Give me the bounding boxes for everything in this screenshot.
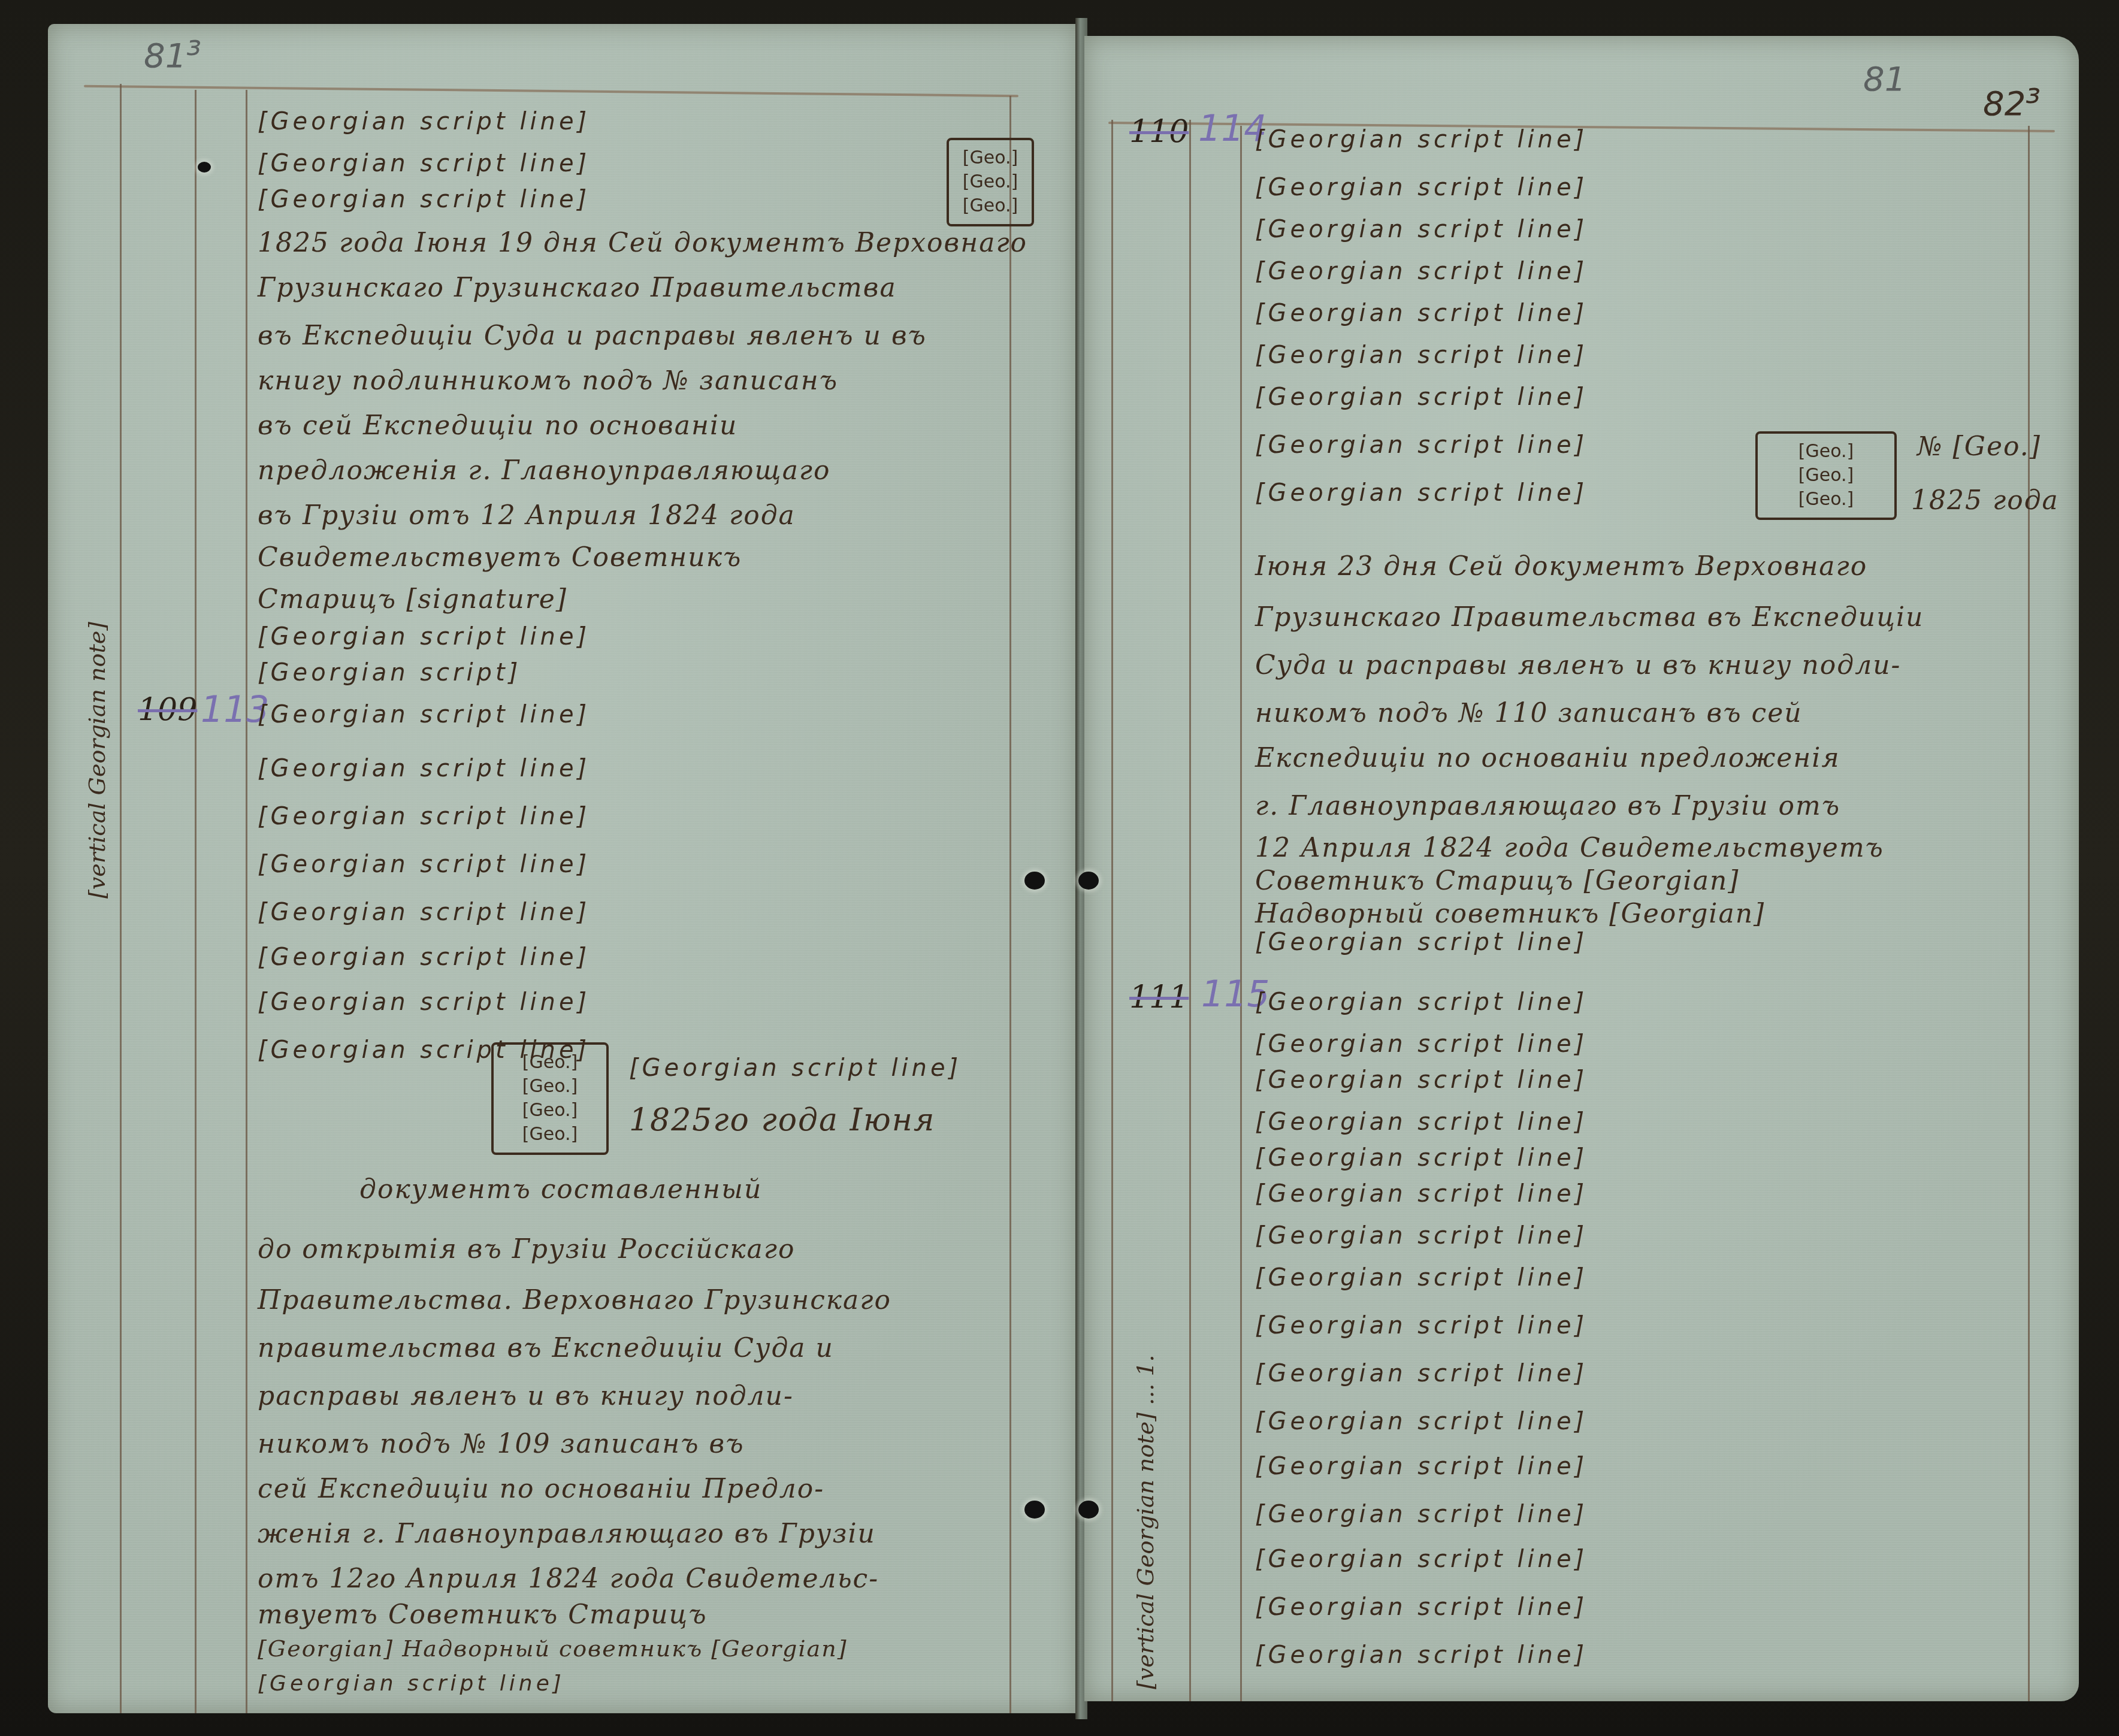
text-line: 1825 года Іюня 19 дня Сей документъ Верх… — [258, 228, 1027, 258]
text-line: правительства въ Експедиціи Суда и — [258, 1333, 834, 1363]
text-line: никомъ подъ № 110 записанъ въ сей — [1255, 698, 1803, 728]
text-line: въ Грузіи отъ 12 Априля 1824 года — [258, 500, 796, 531]
stamp-line: [Geo.] — [1766, 464, 1886, 488]
left-margin-note: [vertical Georgian note] — [84, 622, 110, 899]
text-line: [Georgian script line] — [258, 1671, 565, 1696]
right-entry-1-year: 1825 года — [1911, 485, 2059, 516]
text-line: въ Експедиціи Суда и расправы явленъ и в… — [258, 320, 927, 351]
text-line: Правительства. Верховнаго Грузинскаго — [258, 1285, 891, 1315]
right-folio-number: 82з — [1983, 78, 2041, 123]
left-top-line-1: [Georgian script line] — [258, 108, 590, 135]
text-line: [Georgian script line] — [1255, 1641, 1588, 1669]
text-line: [Georgian script line] — [1255, 258, 1588, 285]
right-entry-1-old-number: 110 — [1129, 114, 1189, 150]
text-line: женія г. Главноуправляющаго въ Грузіи — [258, 1519, 876, 1549]
text-line: [Georgian script line] — [1255, 988, 1588, 1016]
left-right-rule — [1009, 96, 1011, 1713]
text-line: г. Главноуправляющаго въ Грузіи отъ — [1255, 791, 1840, 821]
text-line: Експедиціи по основаніи предложенія — [1255, 743, 1840, 773]
text-line: [Georgian script line] — [258, 623, 590, 651]
text-line: [Georgian script line] — [258, 943, 590, 971]
text-line: [Georgian script line] — [258, 803, 590, 830]
text-line: Іюня 23 дня Сей документъ Верховнаго — [1255, 551, 1867, 582]
right-margin-rule-3 — [1240, 126, 1242, 1701]
left-folio-suffix: з — [186, 30, 201, 62]
text-line: [Georgian script line] — [1255, 431, 1588, 459]
text-line: [Georgian script line] — [629, 1054, 962, 1082]
right-entry-2-old-number: 111 — [1129, 979, 1189, 1015]
right-folio-number-text: 82 — [1983, 84, 2026, 123]
text-line: [Georgian script] — [258, 659, 521, 686]
text-line: [Georgian script line] — [258, 701, 590, 728]
text-line: [Georgian script line] — [1255, 1501, 1588, 1528]
stamp-line: [Geo.] — [957, 146, 1023, 170]
text-line: [Georgian script line] — [1255, 1108, 1588, 1136]
left-entry-2-old-number: 109 — [138, 692, 197, 728]
right-margin-rule-1 — [1111, 120, 1113, 1701]
text-line: [Georgian script line] — [1255, 929, 1588, 956]
right-margin-rule-2 — [1189, 120, 1191, 1701]
text-line: [Georgian script line] — [1255, 1593, 1588, 1621]
left-entry-2-closing: документъ составленный — [359, 1174, 762, 1205]
left-top-stamp: [Geo.] [Geo.] [Geo.] — [947, 138, 1034, 226]
left-entry-2-stamp: [Geo.] [Geo.] [Geo.] [Geo.] — [491, 1042, 609, 1155]
text-line: [Georgian script line] — [258, 851, 590, 878]
left-top-line-2: [Georgian script line] — [258, 150, 590, 177]
stamp-line: [Geo.] — [502, 1099, 598, 1123]
right-right-rule — [2028, 126, 2030, 1701]
stamp-line: [Geo.] — [1766, 440, 1886, 464]
left-folio-number: 81з — [144, 30, 201, 75]
left-top-line-3: [Georgian script line] — [258, 186, 590, 213]
text-line: [Georgian script line] — [1255, 1408, 1588, 1435]
text-line: твуетъ Советникъ Старицъ — [258, 1599, 708, 1630]
right-folio-suffix: з — [2026, 78, 2041, 110]
text-line: [Georgian script line] — [1255, 479, 1588, 507]
text-line: въ сей Експедиціи по основаніи — [258, 410, 737, 441]
text-line: [Georgian script line] — [1255, 1030, 1588, 1058]
text-line: [Georgian script line] — [1255, 1453, 1588, 1480]
text-line: [Georgian] Надворный советникъ [Georgian… — [258, 1635, 848, 1662]
left-margin-rule-3 — [246, 90, 247, 1713]
text-line: [Georgian script line] — [1255, 1144, 1588, 1172]
text-line: расправы явленъ и въ книгу подли- — [258, 1381, 794, 1411]
text-line: [Georgian script line] — [1255, 1180, 1588, 1208]
stamp-line: [Geo.] — [957, 170, 1023, 194]
left-entry-2-year: 1825го года Іюня — [629, 1102, 936, 1138]
left-folio-number-text: 81 — [144, 37, 186, 75]
text-line: предложенія г. Главноуправляющаго — [258, 455, 831, 486]
text-line: [Georgian script line] — [1255, 126, 1588, 153]
text-line: отъ 12го Априля 1824 года Свидетельс- — [258, 1563, 879, 1594]
text-line: [Georgian script line] — [1255, 1066, 1588, 1094]
text-line: Свидетельствуетъ Советникъ — [258, 542, 742, 573]
right-archive-number: 81 — [1863, 60, 1906, 99]
text-line: 12 Априля 1824 года Свидетельствуетъ — [1255, 833, 1884, 863]
text-line: [Georgian script line] — [1255, 1546, 1588, 1573]
text-line: Старицъ [signature] — [258, 584, 567, 615]
text-line: никомъ подъ № 109 записанъ въ — [258, 1429, 745, 1459]
text-line: [Georgian script line] — [1255, 300, 1588, 327]
binding-hole — [1024, 872, 1045, 890]
text-line: [Georgian script line] — [1255, 1312, 1588, 1339]
binding-hole — [1078, 872, 1099, 890]
text-line: Надворный советникъ [Georgian] — [1255, 899, 1765, 929]
text-line: [Georgian script line] — [1255, 1360, 1588, 1387]
text-line: Грузинскаго Грузинскаго Правительства — [258, 273, 897, 303]
stamp-line: [Geo.] — [502, 1123, 598, 1147]
binding-hole — [1024, 1501, 1045, 1519]
text-line: Суда и расправы явленъ и въ книгу подли- — [1255, 650, 1901, 681]
text-line: [Georgian script line] — [258, 988, 590, 1016]
text-line: Советникъ Старицъ [Georgian] — [1255, 866, 1739, 896]
text-line: [Georgian script line] — [1255, 1222, 1588, 1250]
text-line: [Georgian script line] — [1255, 1264, 1588, 1292]
text-line: [Georgian script line] — [258, 899, 590, 926]
right-entry-1-number-note: № [Geo.] — [1917, 431, 2041, 462]
binding-hole — [198, 162, 211, 173]
text-line: до открытія въ Грузіи Россійскаго — [258, 1234, 796, 1265]
text-line: [Georgian script line] — [1255, 216, 1588, 243]
text-line: [Georgian script line] — [1255, 383, 1588, 411]
text-line: сей Експедиціи по основаніи Предло- — [258, 1474, 824, 1504]
right-margin-note: [vertical Georgian note] ... 1. — [1132, 1354, 1159, 1689]
text-line: [Georgian script line] — [1255, 341, 1588, 369]
stamp-line: [Geo.] — [957, 194, 1023, 218]
left-margin-rule-1 — [120, 84, 122, 1713]
stamp-line: [Geo.] — [502, 1075, 598, 1099]
text-line: Грузинскаго Правительства въ Експедиціи — [1255, 602, 1924, 633]
stamp-line: [Geo.] — [502, 1051, 598, 1075]
binding-hole — [1078, 1501, 1099, 1519]
text-line: книгу подлинникомъ подъ № записанъ — [258, 365, 838, 396]
text-line: [Georgian script line] — [1255, 174, 1588, 201]
text-line: [Georgian script line] — [258, 755, 590, 782]
right-entry-1-stamp: [Geo.] [Geo.] [Geo.] — [1755, 431, 1897, 520]
stamp-line: [Geo.] — [1766, 488, 1886, 512]
left-margin-rule-2 — [195, 90, 197, 1713]
